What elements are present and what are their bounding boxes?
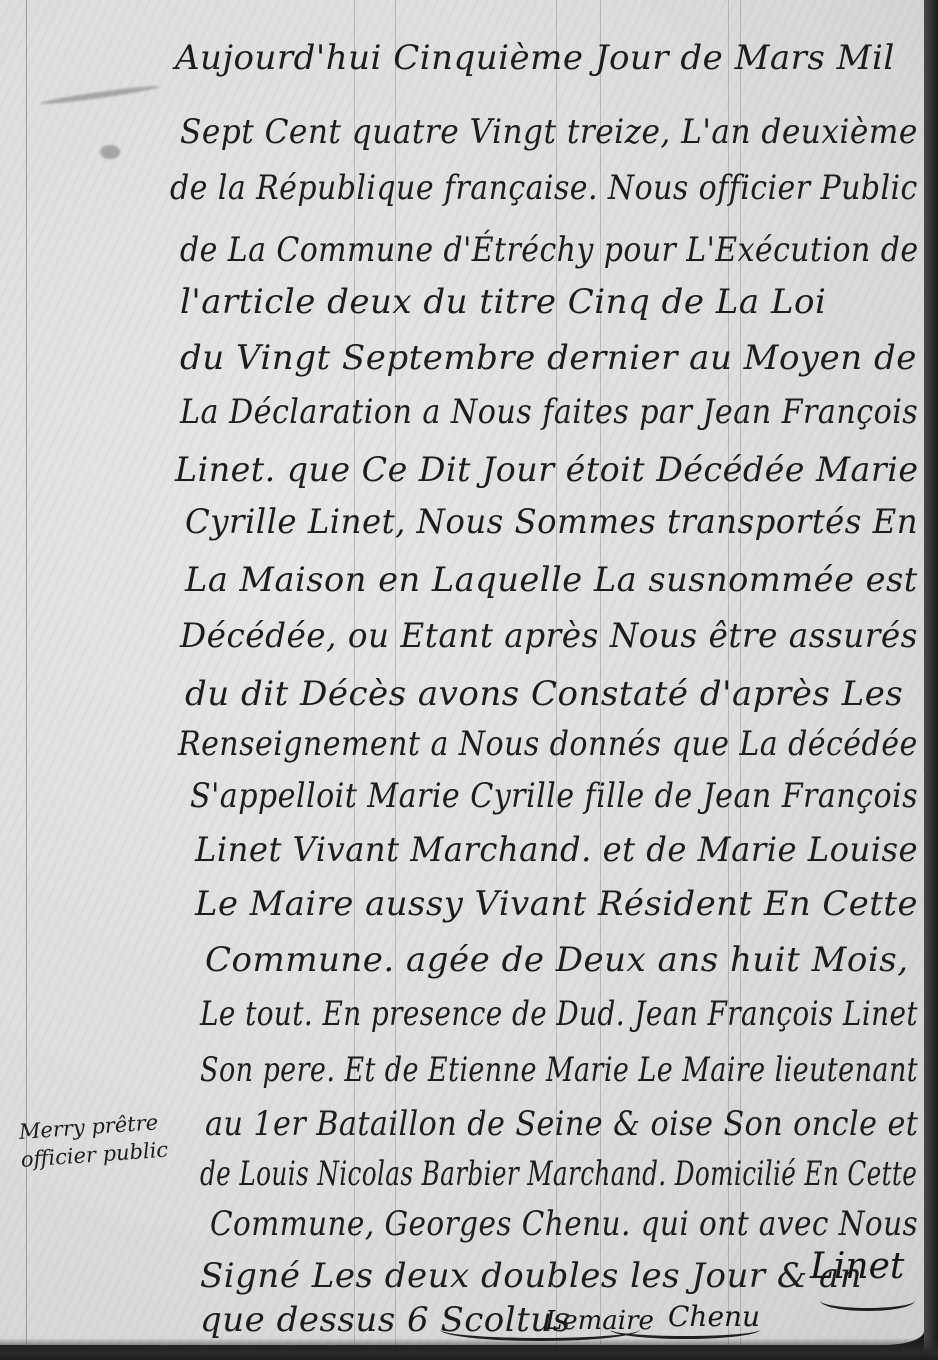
- entry-line: de La Commune d'Étréchy pour L'Exécution…: [180, 230, 918, 272]
- entry-line: Linet Vivant Marchand. et de Marie Louis…: [195, 830, 918, 872]
- entry-line: du dit Décès avons Constaté d'après Les: [185, 674, 903, 716]
- entry-line: Linet. que Ce Dit Jour étoit Décédée Mar…: [175, 450, 919, 492]
- ink-smudge: [40, 84, 160, 107]
- entry-line: Renseignement a Nous donnés que La décéd…: [178, 724, 918, 766]
- margin-annotation: Merry prêtre officier public: [18, 1108, 169, 1174]
- entry-line: S'appelloit Marie Cyrille fille de Jean …: [190, 776, 918, 818]
- entry-line: Décédée, ou Etant après Nous être assuré…: [180, 616, 918, 658]
- ink-smudge: [100, 145, 120, 159]
- entry-line: Commune, Georges Chenu. qui ont avec Nou…: [210, 1204, 918, 1246]
- scan-edge-right: [924, 0, 938, 1360]
- entry-line: Le tout. En presence de Dud. Jean Franço…: [200, 994, 918, 1036]
- signature-flourish: [610, 1320, 760, 1339]
- entry-line: de la République française. Nous officie…: [170, 168, 918, 210]
- scan-edge-bottom: [0, 1338, 938, 1360]
- entry-line: de Louis Nicolas Barbier Marchand. Domic…: [200, 1154, 917, 1196]
- entry-line: du Vingt Septembre dernier au Moyen de: [180, 338, 917, 380]
- register-page: Aujourd'hui Cinquième Jour de Mars Mil S…: [0, 0, 924, 1345]
- entry-line: l'article deux du titre Cinq de La Loi: [180, 282, 826, 324]
- entry-line: Commune. agée de Deux ans huit Mois,: [205, 940, 909, 982]
- signature-flourish: [820, 1290, 915, 1311]
- entry-line: Signé Les deux doubles les Jour & an: [200, 1256, 862, 1298]
- entry-line: Cyrille Linet, Nous Sommes transportés E…: [185, 502, 918, 544]
- entry-line: La Déclaration a Nous faites par Jean Fr…: [180, 392, 918, 434]
- entry-line: Le Maire aussy Vivant Résident En Cette: [195, 884, 918, 926]
- entry-line: Sept Cent quatre Vingt treize, L'an deux…: [180, 112, 918, 154]
- entry-line: au 1er Bataillon de Seine & oise Son onc…: [205, 1104, 918, 1146]
- entry-line: La Maison en Laquelle La susnommée est: [185, 560, 918, 602]
- entry-line: Aujourd'hui Cinquième Jour de Mars Mil: [175, 38, 895, 80]
- signature-linet: Linet: [810, 1246, 904, 1287]
- entry-line: Son pere. Et de Etienne Marie Le Maire l…: [200, 1050, 918, 1092]
